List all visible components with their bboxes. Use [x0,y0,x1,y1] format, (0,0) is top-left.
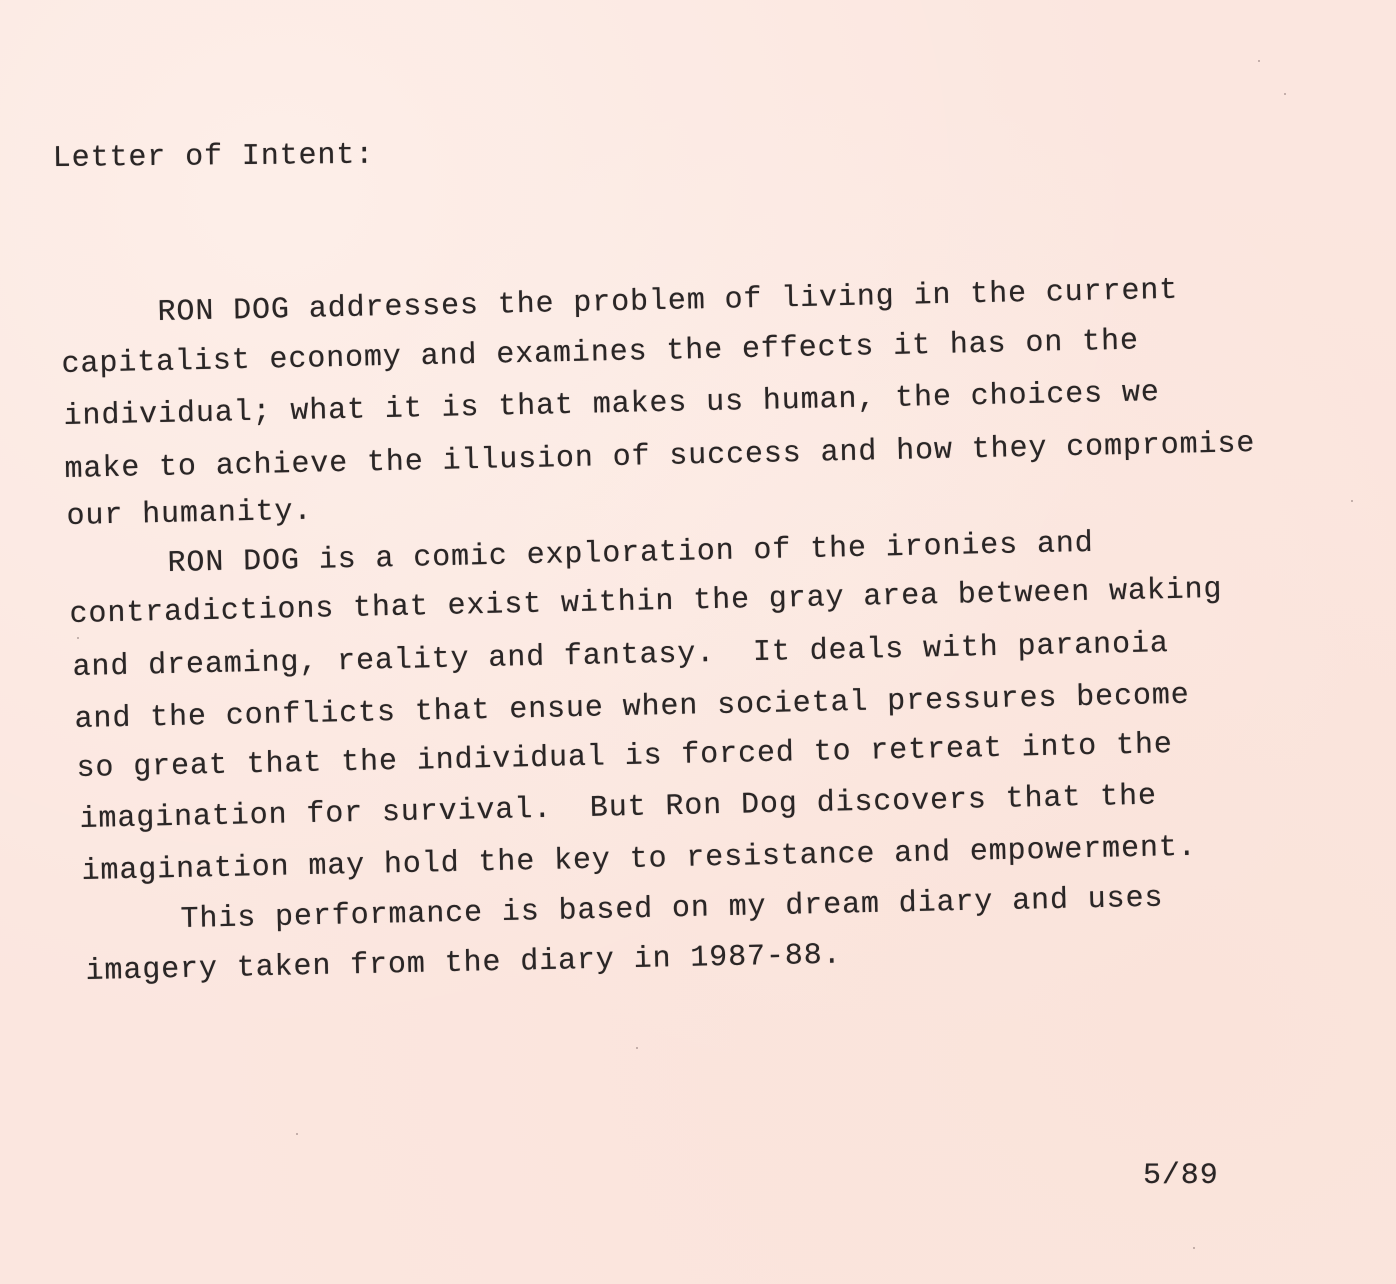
paragraph-1-line-5: our humanity. [66,495,312,534]
document-date: 5/89 [1143,1159,1219,1193]
paper-speck [77,637,79,639]
document-heading: Letter of Intent: [53,139,375,176]
paper-speck [636,1047,638,1049]
paper-speck [1258,60,1260,62]
paper-speck [1284,93,1286,95]
paper-speck [1193,1247,1195,1249]
paper-speck [296,1133,298,1135]
paper-speck [1351,500,1353,502]
